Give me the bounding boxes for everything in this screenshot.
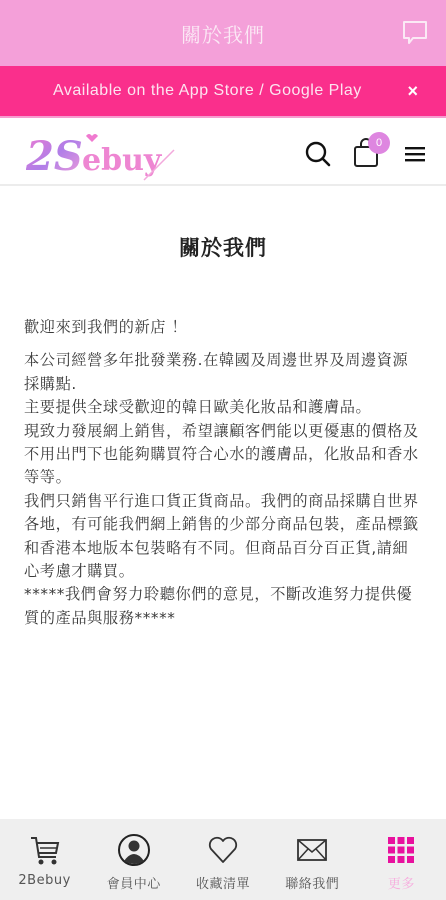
about-paragraph: 主要提供全球受歡迎的韓日歐美化妝品和護膚品。 bbox=[24, 396, 424, 419]
about-paragraph: 我們只銷售平行進口貨正貨商品。我們的商品採購自世界各地，有可能我們網上銷售的少部… bbox=[24, 490, 424, 584]
page-title: 關於我們 bbox=[0, 232, 446, 262]
nav-item-member[interactable]: 會員中心 bbox=[89, 819, 178, 900]
bottom-navigation: 2Bebuy 會員中心 收藏清單 聯絡我們 更多 bbox=[0, 819, 446, 900]
cart-icon bbox=[28, 833, 62, 867]
svg-text:2S: 2S bbox=[26, 133, 83, 180]
brand-logo[interactable]: 2S ebuy bbox=[26, 130, 176, 182]
app-store-banner[interactable]: Available on the App Store / Google Play… bbox=[0, 66, 446, 116]
chat-bubble-icon[interactable] bbox=[402, 20, 428, 46]
envelope-icon bbox=[295, 833, 329, 867]
nav-label: 聯絡我們 bbox=[285, 873, 339, 892]
site-header: 2S ebuy 0 bbox=[0, 116, 446, 186]
nav-label: 2Bebuy bbox=[18, 873, 70, 888]
app-bar-title: 關於我們 bbox=[181, 19, 265, 48]
app-bar: 關於我們 bbox=[0, 0, 446, 66]
about-paragraph: 現致力發展網上銷售，希望讓顧客們能以更優惠的價格及不用出門下也能夠購買符合心水的… bbox=[24, 420, 424, 490]
about-paragraph: 本公司經營多年批發業務.在韓國及周邊世界及周邊資源採購點. bbox=[24, 349, 424, 396]
nav-item-wishlist[interactable]: 收藏清單 bbox=[178, 819, 267, 900]
close-banner-button[interactable]: × bbox=[407, 82, 418, 100]
nav-item-more[interactable]: 更多 bbox=[357, 819, 446, 900]
about-content: 歡迎來到我們的新店 ！ 本公司經營多年批發業務.在韓國及周邊世界及周邊資源採購點… bbox=[24, 316, 424, 630]
nav-label: 收藏清單 bbox=[196, 873, 250, 892]
nav-item-contact[interactable]: 聯絡我們 bbox=[268, 819, 357, 900]
app-store-banner-text: Available on the App Store / Google Play bbox=[53, 82, 362, 100]
heart-icon bbox=[206, 833, 240, 867]
member-avatar-icon bbox=[117, 833, 151, 867]
welcome-text: 歡迎來到我們的新店 ！ bbox=[24, 316, 424, 339]
nav-item-home[interactable]: 2Bebuy bbox=[0, 819, 89, 900]
hamburger-menu-icon[interactable] bbox=[404, 144, 426, 164]
search-icon[interactable] bbox=[304, 140, 332, 168]
nav-label: 會員中心 bbox=[107, 873, 161, 892]
cart-count-badge: 0 bbox=[368, 132, 390, 154]
nav-label: 更多 bbox=[388, 873, 415, 892]
grid-icon bbox=[384, 833, 418, 867]
about-paragraph: *****我們會努力聆聽你們的意見，不斷改進努力提供優質的產品與服務***** bbox=[24, 583, 424, 630]
